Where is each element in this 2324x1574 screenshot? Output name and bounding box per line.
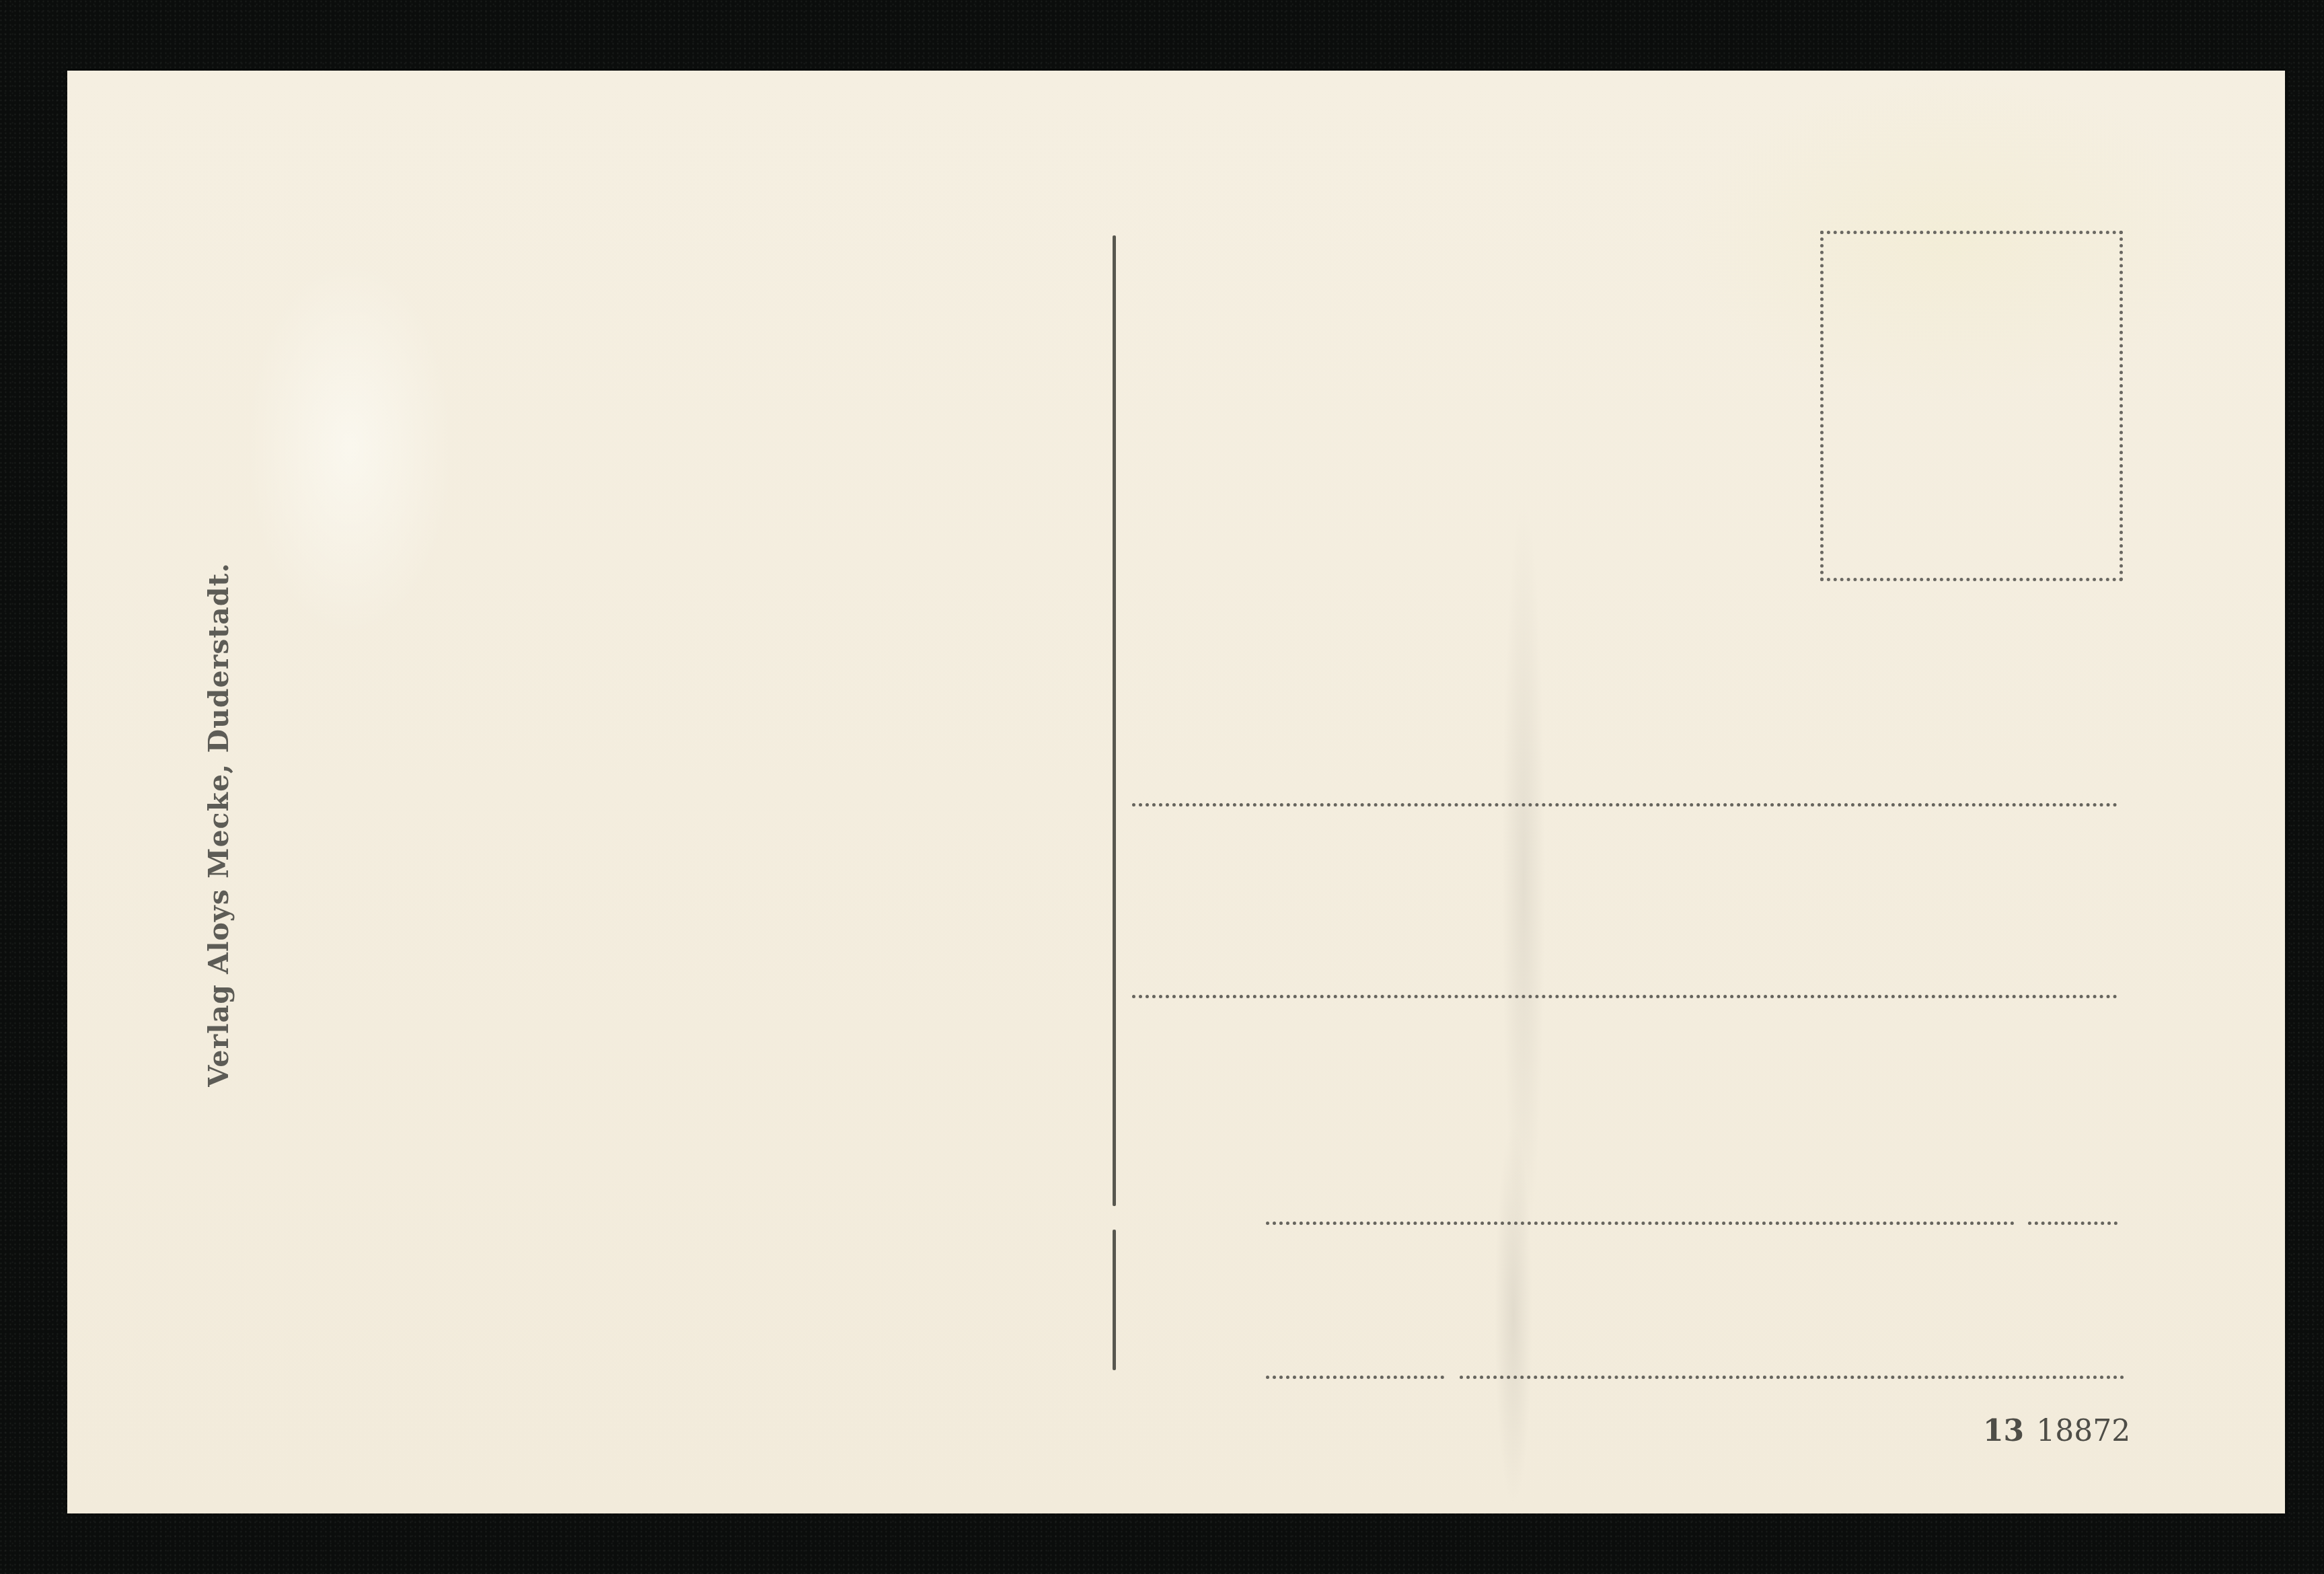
address-line-2: [1132, 995, 2117, 998]
card-series-number: 13: [1983, 1414, 2024, 1448]
address-line-1: [1132, 803, 2117, 807]
publisher-imprint: Verlag Aloys Mecke, Duderstadt.: [202, 562, 235, 1086]
card-catalog-number: 18872: [2036, 1414, 2130, 1448]
vertical-divider-lower: [1113, 1230, 1116, 1370]
address-line-3a: [1266, 1222, 2015, 1225]
address-line-4b: [1460, 1376, 2124, 1379]
address-line-4a: [1266, 1376, 1444, 1379]
postcard-back: Verlag Aloys Mecke, Duderstadt. 1318872: [67, 71, 2285, 1513]
card-number: 1318872: [1983, 1414, 2130, 1448]
stamp-placeholder-box: [1820, 231, 2123, 581]
address-line-3b: [2028, 1222, 2117, 1225]
vertical-divider-upper: [1113, 235, 1116, 1206]
